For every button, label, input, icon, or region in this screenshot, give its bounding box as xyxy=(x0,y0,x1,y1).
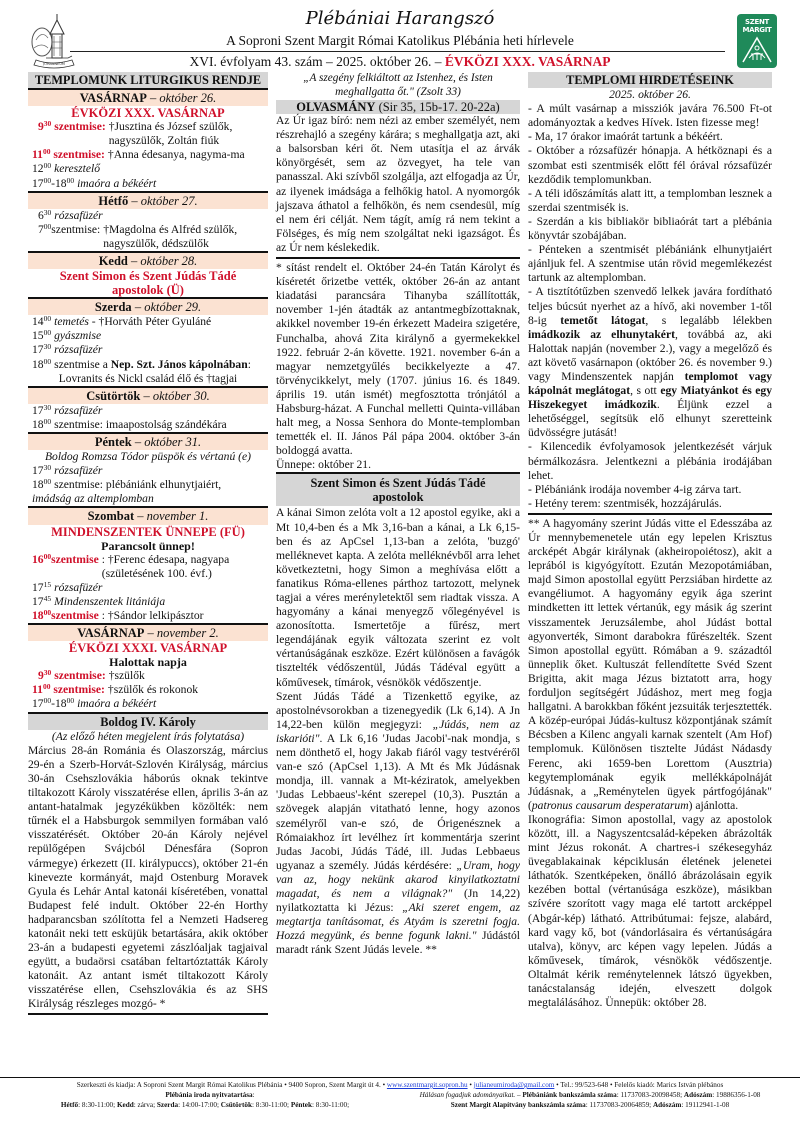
day-header-wednesday: Szerda – október 29. xyxy=(28,297,268,315)
newsletter-subtitle: A Soproni Szent Margit Római Katolikus P… xyxy=(0,33,800,49)
newsletter-title: Plébániai Harangszó xyxy=(0,8,800,29)
day-header-friday: Péntek – október 31. xyxy=(28,432,268,450)
office-hours: Hétfő: 8:30-11:00; Kedd: zárva; Szerda: … xyxy=(0,1100,380,1110)
article-continuation: * sítást rendelt el. Október 24-én Tatán… xyxy=(276,257,520,458)
psalm-quote: „A szegény felkiáltott az Istenhez, és I… xyxy=(276,72,520,99)
section-title-liturgy: TEMPLOMUNK LITURGIKUS RENDJE xyxy=(28,72,268,90)
feast-day-note: Ünnepe: október 21. xyxy=(276,458,520,472)
announcement-item: - Plébániánk irodája november 4-ig zárva… xyxy=(528,483,772,497)
schedule-entry: 1400temetés - †Horváth Péter Gyuláné xyxy=(28,315,268,329)
masthead: JOHANNEUM Plébániai Harangszó A Soproni … xyxy=(0,0,800,72)
issue-highlight: ÉVKÖZI XXX. VASÁRNAP xyxy=(445,54,611,69)
schedule-entry: 1800szentmise: plébániánk elhunytjaiért, xyxy=(28,478,268,492)
footer-hours-row: Hétfő: 8:30-11:00; Kedd: zárva; Szerda: … xyxy=(0,1100,800,1110)
schedule-entry: 1730rózsafüzér xyxy=(28,343,268,357)
footer: Szerkeszti és kiadja: A Soproni Szent Ma… xyxy=(0,1077,800,1110)
saint-of-day: Boldog Romzsa Tódor püspök és vértanú (e… xyxy=(28,450,268,464)
schedule-entry: 1800szentmise: †Sándor lelkipásztor xyxy=(28,609,268,623)
office-hours-label: Plébánia iroda nyitvatartása: xyxy=(0,1090,380,1100)
article-body-karoly: Március 28-án Románia és Olaszország, má… xyxy=(28,744,268,1015)
feast-title: ÉVKÖZI XXXI. VASÁRNAP xyxy=(28,641,268,655)
feast-title: Szent Simon és Szent Júdás Tádé apostolo… xyxy=(28,269,268,297)
header-divider xyxy=(70,51,725,52)
saints-paragraph-2: Szent Júdás Tádé a Tizenkettő egyike, az… xyxy=(276,690,520,958)
schedule-entry: 1100 szentmise:†Anna édesanya, nagyma-ma xyxy=(28,148,268,162)
bank-info-parish: Hálásan fogadjuk adományaikat. – Plébáni… xyxy=(380,1090,800,1100)
announcement-item: - Hetény terem: szentmisék, hozzájárulás… xyxy=(528,497,772,511)
announcement-item: - Szerdán a kis bibliakör bibliaórát tar… xyxy=(528,215,772,243)
announcement-item: - Ma, 17 órakor imaórát tartunk a békéér… xyxy=(528,130,772,144)
announcement-item: - Kilencedik évfolyamosok jelentkezését … xyxy=(528,440,772,482)
schedule-entry: 1800szentmise: imaapostolság szándékára xyxy=(28,418,268,432)
day-header-saturday: Szombat – november 1. xyxy=(28,506,268,524)
website-link[interactable]: www.szentmargit.sopron.hu xyxy=(387,1081,468,1089)
announcement-item-indulgence: - A tisztítótűzben szenvedő lelkek javár… xyxy=(528,285,772,440)
schedule-entry: 700szentmise:†Magdolna és Alfréd szülők,… xyxy=(28,223,268,251)
section-title-announcements: TEMPLOMI HIRDETÉSEINK xyxy=(528,72,772,88)
day-header-thursday: Csütörtök – október 30. xyxy=(28,386,268,404)
schedule-entry: 1700-1800imaóra a békéért xyxy=(28,697,268,711)
schedule-entry: 1730rózsafüzér xyxy=(28,464,268,478)
feast-note: Parancsolt ünnep! xyxy=(28,539,268,553)
day-header-tuesday: Kedd – október 28. xyxy=(28,251,268,269)
tradition-paragraph: ** A hagyomány szerint Júdás vitte el Ed… xyxy=(528,513,772,813)
feast-note: Halottak napja xyxy=(28,655,268,669)
day-header-next-sunday: VASÁRNAP – november 2. xyxy=(28,623,268,641)
schedule-entry: 1200keresztelő xyxy=(28,162,268,176)
announcement-item: - Október a rózsafüzér hónapja. A hétköz… xyxy=(528,144,772,186)
reading-header: OLVASMÁNY (Sir 35, 15b-17. 20-22a) xyxy=(276,100,520,114)
schedule-entry: 1715rózsafüzér xyxy=(28,581,268,595)
liturgical-schedule-column: TEMPLOMUNK LITURGIKUS RENDJE VASÁRNAP – … xyxy=(28,72,268,1015)
feast-title: ÉVKÖZI XXX. VASÁRNAP xyxy=(28,106,268,120)
schedule-entry: 1800szentmise a Nep. Szt. János kápolnáb… xyxy=(28,358,268,372)
schedule-entry: 630rózsafüzér xyxy=(28,209,268,223)
schedule-entry: 1100 szentmise:†szülők és rokonok xyxy=(28,683,268,697)
announcement-item: - Pénteken a szentmisét plébániánk elhun… xyxy=(528,243,772,285)
schedule-entry: 1700-1800imaóra a békéért xyxy=(28,177,268,191)
schedule-entry-cont: Lovranits és Nickl család élő és †tagjai xyxy=(28,372,268,386)
iconography-paragraph: Ikonográfia: Simon apostollal, vagy az a… xyxy=(528,813,772,1010)
feast-title: MINDENSZENTEK ÜNNEPE (FÜ) xyxy=(28,525,268,539)
email-link[interactable]: julianeumiroda@gmail.com xyxy=(474,1081,555,1089)
schedule-entry: 1745Mindenszentek litániája xyxy=(28,595,268,609)
article-title-saints: Szent Simon és Szent Júdás Tádé apostolo… xyxy=(276,472,520,506)
saints-paragraph-1: A kánai Simon zelóta volt a 12 apostol e… xyxy=(276,506,520,689)
schedule-entry: 1600szentmise: †Ferenc édesapa, nagyapa … xyxy=(28,553,268,581)
schedule-entry: 930 szentmise:†szülők xyxy=(28,669,268,683)
footer-office-row: Plébánia iroda nyitvatartása: Hálásan fo… xyxy=(0,1090,800,1100)
szent-margit-logo-icon: SZENT MARGIT xyxy=(737,14,777,68)
announcement-item: - A téli időszámítás alatt itt, a templo… xyxy=(528,187,772,215)
readings-column: „A szegény felkiáltott az Istenhez, és I… xyxy=(276,72,520,957)
schedule-entry: 1500gyászmise xyxy=(28,329,268,343)
article-intro: (Az előző héten megjelent írás folytatás… xyxy=(28,730,268,744)
article-title-karoly: Boldog IV. Károly xyxy=(28,712,268,730)
day-header-monday: Hétfő – október 27. xyxy=(28,191,268,209)
announcements-date: 2025. október 26. xyxy=(528,88,772,102)
schedule-entry-cont: imádság az altemplomban xyxy=(28,492,268,506)
day-header-sunday: VASÁRNAP – október 26. xyxy=(28,90,268,106)
issue-line: XVI. évfolyam 43. szám – 2025. október 2… xyxy=(0,54,800,70)
schedule-entry: 1730rózsafüzér xyxy=(28,404,268,418)
announcement-item: - A múlt vasárnap a missziók javára 76.5… xyxy=(528,102,772,130)
reading-text: Az Úr igaz bíró: nem nézi az ember szemé… xyxy=(276,114,520,255)
footer-publisher-line: Szerkeszti és kiadja: A Soproni Szent Ma… xyxy=(0,1078,800,1090)
announcements-column: TEMPLOMI HIRDETÉSEINK 2025. október 26. … xyxy=(528,72,772,1010)
schedule-entry: 930 szentmise:†Jusztina és József szülők… xyxy=(28,120,268,148)
bank-info-foundation: Szent Margit Alapítvány bankszámla száma… xyxy=(380,1100,800,1110)
